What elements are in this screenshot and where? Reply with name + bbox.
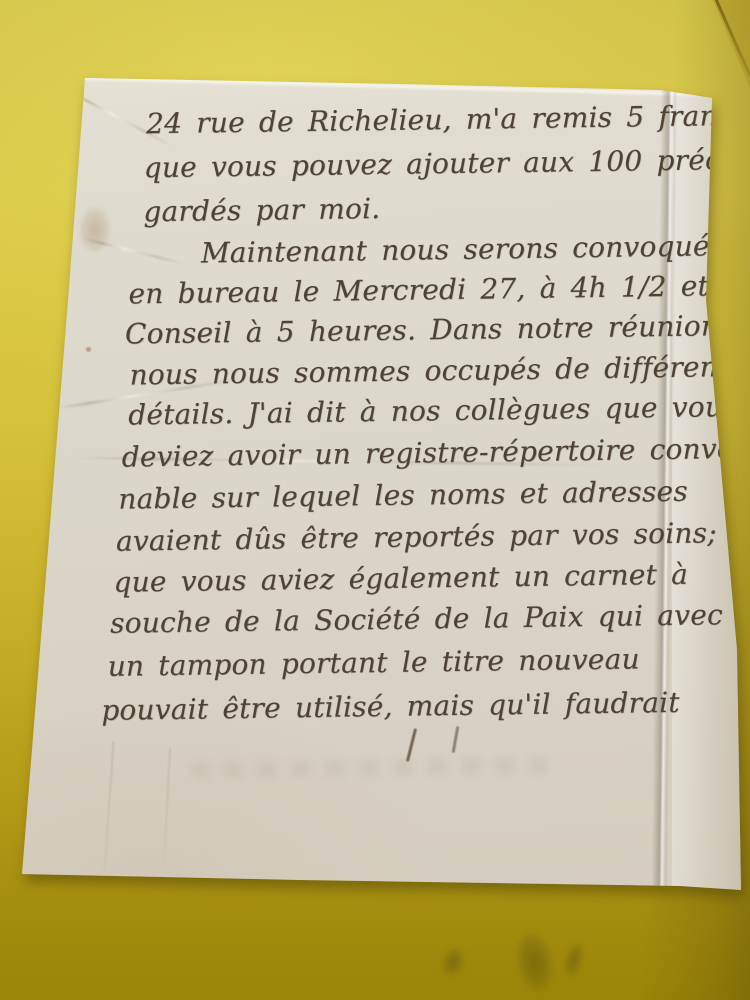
letter-line: Conseil à 5 heures. Dans notre réunion d… bbox=[125, 308, 750, 351]
photo-scene: 24 rue de Richelieu, m'a remis 5 francs … bbox=[0, 0, 750, 1000]
letter-line: détails. J'ai dit à nos collègues que vo… bbox=[128, 390, 738, 432]
letter-line: souche de la Société de la Paix qui avec bbox=[110, 598, 723, 640]
letter-line: en bureau le Mercredi 27, à 4h 1/2 et en bbox=[128, 269, 750, 311]
letter-line: avaient dûs être reportés par vos soins; bbox=[116, 516, 717, 557]
letter-line: que vous pouvez ajouter aux 100 précéden… bbox=[144, 142, 750, 184]
handwritten-text: 24 rue de Richelieu, m'a remis 5 francs … bbox=[0, 0, 750, 1000]
letter-line: pouvait être utilisé, mais qu'il faudrai… bbox=[101, 686, 680, 727]
letter-paper-shadow: 24 rue de Richelieu, m'a remis 5 francs … bbox=[0, 0, 750, 1000]
letter-paper: 24 rue de Richelieu, m'a remis 5 francs … bbox=[0, 0, 750, 1000]
letter-line: deviez avoir un registre-répertoire conv… bbox=[122, 432, 744, 474]
letter-line: que vous aviez également un carnet à bbox=[113, 558, 688, 599]
letter-line: gardés par moi. bbox=[143, 192, 380, 228]
letter-line: nous nous sommes occupés de différents bbox=[129, 350, 744, 392]
letter-line: Maintenant nous serons convoqués bbox=[201, 229, 725, 269]
letter-line: un tampon portant le titre nouveau bbox=[107, 642, 639, 682]
letter-line: 24 rue de Richelieu, m'a remis 5 francs bbox=[146, 99, 748, 140]
letter-line: nable sur lequel les noms et adresses bbox=[118, 475, 688, 516]
